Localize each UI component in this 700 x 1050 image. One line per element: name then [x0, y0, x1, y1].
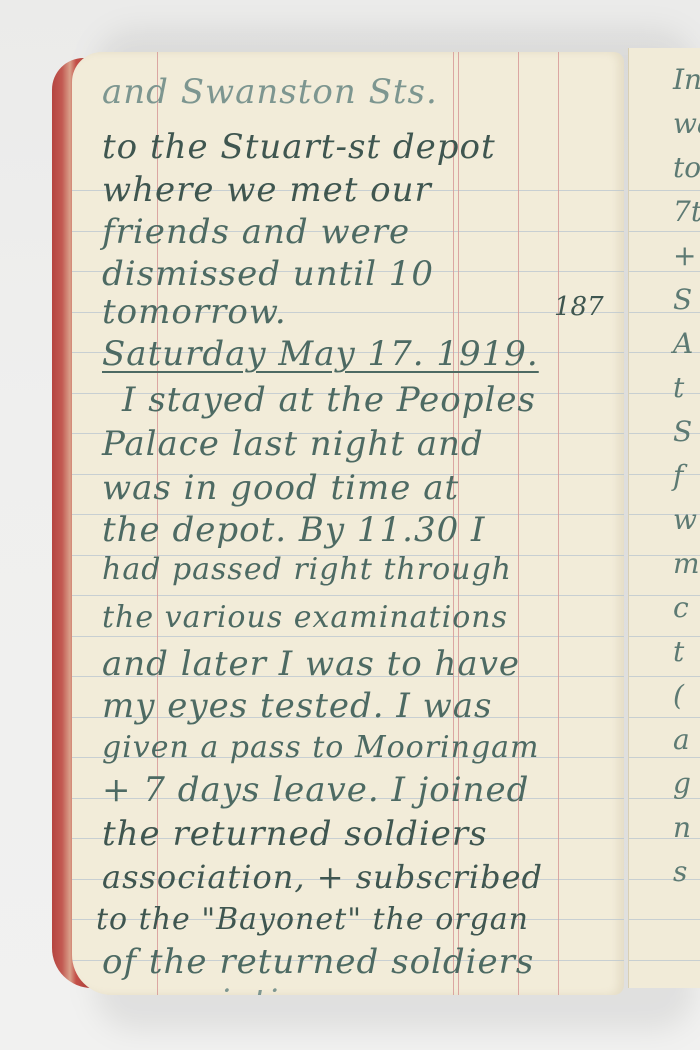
text-line: to the Stuart-st depot: [102, 127, 496, 167]
ruled-line: [72, 636, 624, 637]
text-line: given a pass to Mooringam: [102, 730, 540, 765]
facing-page-text-fragment: t: [673, 371, 684, 404]
facing-page-text-fragment: 7t: [673, 195, 700, 228]
facing-page-text-fragment: g: [673, 767, 691, 800]
text-line: the returned soldiers: [102, 814, 488, 854]
ruled-line: [629, 919, 700, 920]
facing-page-text-fragment: m: [673, 547, 700, 580]
facing-page-text-fragment: n: [673, 811, 691, 844]
facing-page: Inwato7t+ 8SAtSfwmct(agns: [628, 48, 700, 988]
text-line: and later I was to have: [102, 644, 520, 684]
facing-page-text-fragment: w: [673, 503, 697, 536]
facing-page-text-fragment: S: [673, 283, 692, 316]
text-line: to the "Bayonet" the organ: [96, 902, 529, 937]
ledger-line: [518, 52, 519, 995]
ruled-line: [629, 757, 700, 758]
text-line: my eyes tested. I was: [102, 686, 492, 726]
date-heading: Saturday May 17. 1919.: [102, 334, 539, 374]
text-line: dismissed until 10: [102, 254, 434, 294]
ledger-line: [558, 52, 559, 995]
ruled-line: [629, 595, 700, 596]
text-line: of the returned soldiers: [102, 942, 534, 982]
text-line: the depot. By 11.30 I: [102, 510, 485, 550]
facing-page-text-fragment: s: [673, 855, 687, 888]
facing-page-text-fragment: t: [673, 635, 684, 668]
facing-page-text-fragment: A: [673, 327, 693, 360]
page-number: 187: [554, 292, 604, 322]
facing-page-text-fragment: + 8: [673, 239, 700, 272]
text-line: + 7 days leave. I joined: [102, 770, 529, 810]
text-line: Palace last night and: [102, 424, 484, 464]
facing-page-text-fragment: wa: [673, 107, 700, 140]
facing-page-text-fragment: a: [673, 723, 690, 756]
facing-page-text-fragment: c: [673, 591, 689, 624]
diary-page: 187 and Swanston Sts. to the Stuart-st d…: [72, 52, 624, 995]
ruled-line: [629, 879, 700, 880]
facing-page-text-fragment: S: [673, 415, 692, 448]
text-line: where we met our: [102, 170, 432, 210]
facing-page-text-fragment: f: [673, 459, 683, 492]
ruled-line: [629, 393, 700, 394]
ruled-line: [629, 676, 700, 677]
ruled-line: [72, 595, 624, 596]
ruled-line: [629, 717, 700, 718]
facing-page-text-fragment: In: [673, 63, 700, 96]
text-line: had passed right through: [102, 552, 512, 587]
ruled-line: [629, 190, 700, 191]
ruled-line: [629, 960, 700, 961]
ruled-line: [629, 636, 700, 637]
text-line: association.: [120, 982, 336, 995]
facing-page-text-fragment: to: [673, 151, 700, 184]
text-line: the various examinations: [102, 600, 508, 635]
text-line: was in good time at: [102, 468, 459, 508]
text-line: and Swanston Sts.: [102, 72, 438, 112]
text-line: I stayed at the Peoples: [122, 380, 536, 420]
text-line: tomorrow.: [102, 292, 287, 332]
text-line: friends and were: [102, 212, 410, 252]
ruled-line: [629, 474, 700, 475]
ruled-line: [629, 231, 700, 232]
text-line: association, + subscribed: [102, 858, 543, 896]
facing-page-text-fragment: (: [673, 679, 684, 712]
